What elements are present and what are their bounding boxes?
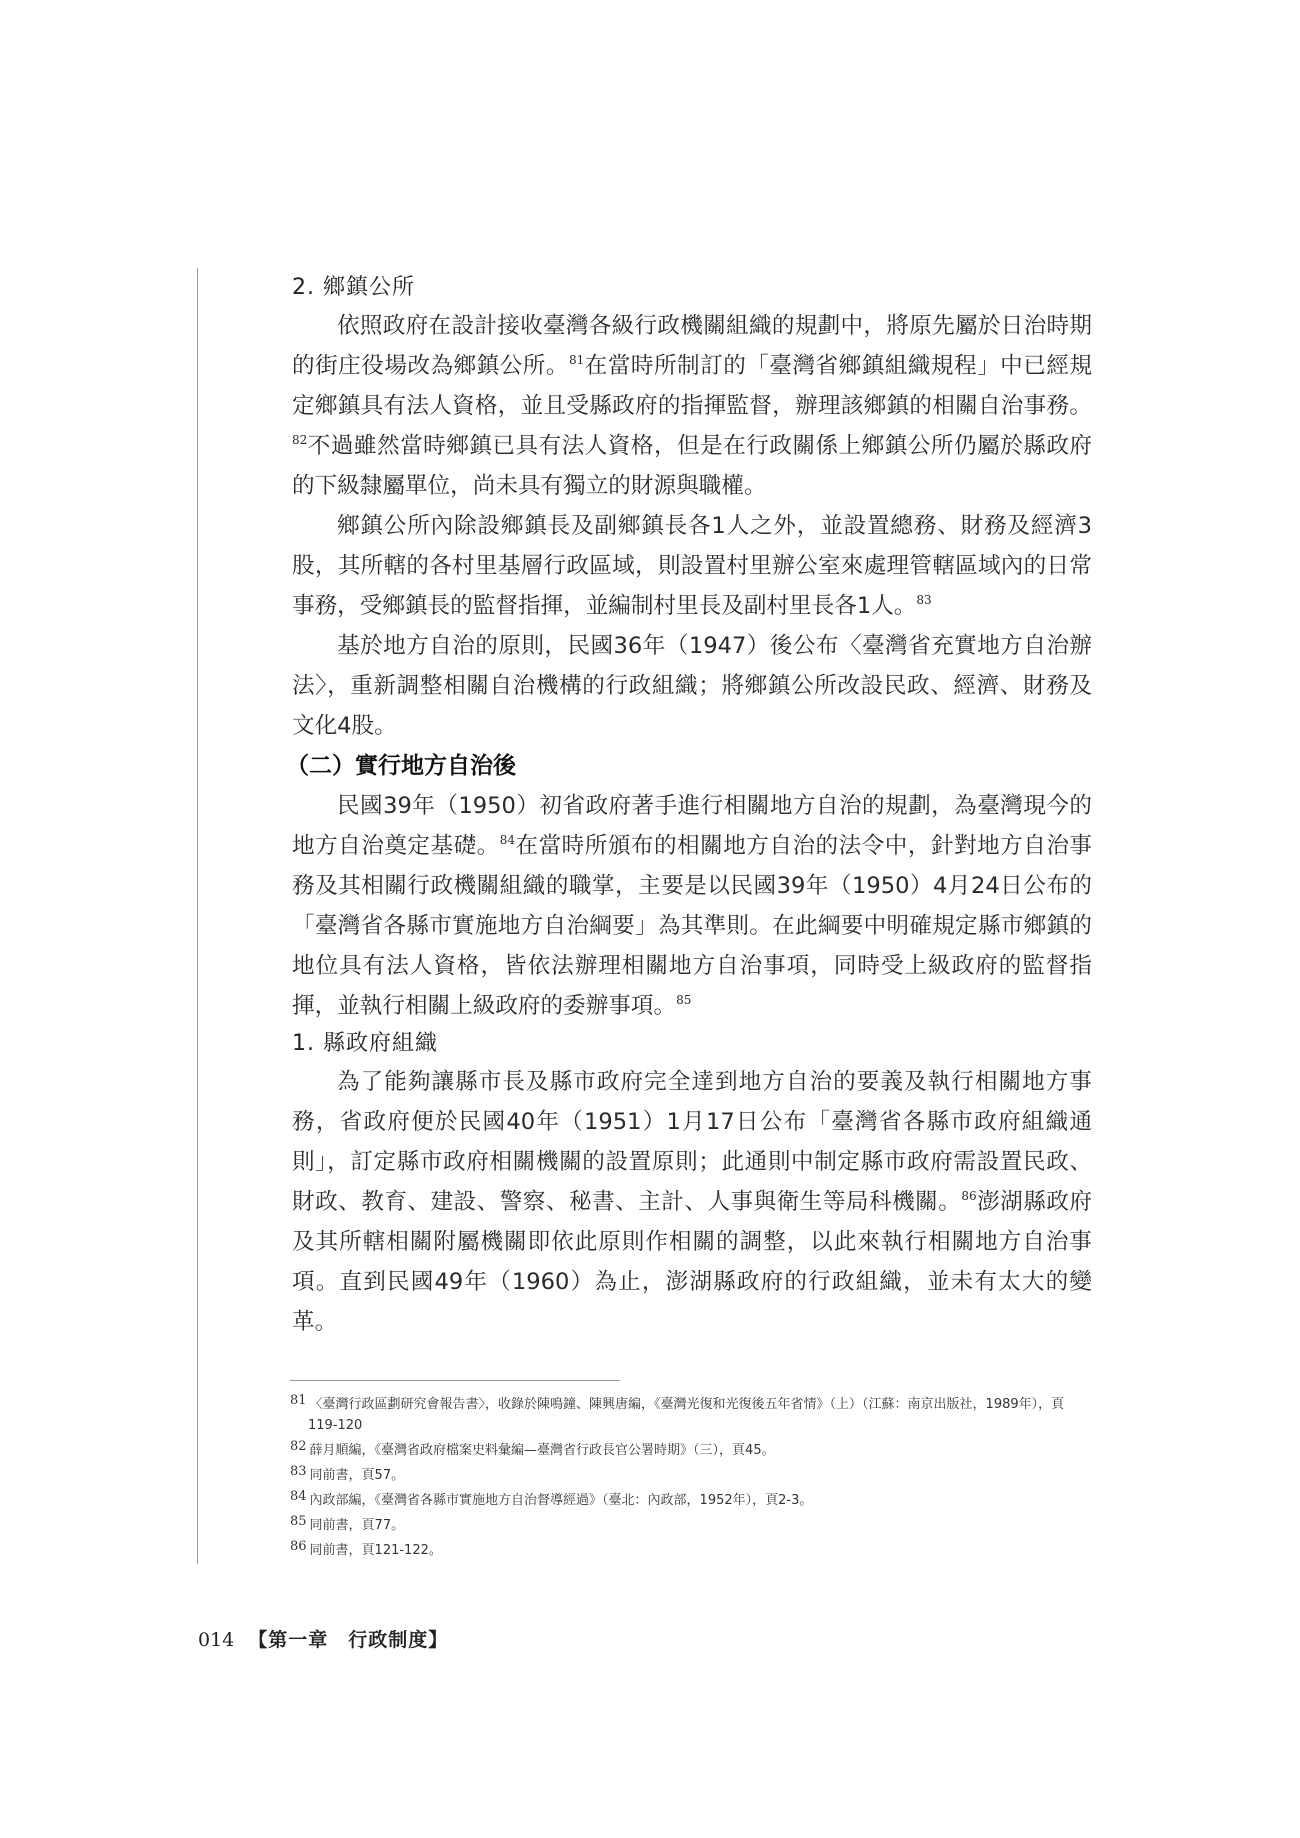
footnote: 83同前書，頁57。 bbox=[290, 1461, 1090, 1486]
body-text: 2. 鄉鎮公所依照政府在設計接收臺灣各級行政機關組織的規劃中，將原先屬於日治時期… bbox=[292, 270, 1092, 1342]
footnote-ref: 84 bbox=[500, 833, 515, 847]
footnote-text: 薛月順編，《臺灣省政府檔案史料彙編—臺灣省行政長官公署時期》（三），頁45。 bbox=[310, 1443, 775, 1458]
footnote: 85同前書，頁77。 bbox=[290, 1511, 1090, 1536]
chapter-title: 【第一章 行政制度】 bbox=[248, 1629, 448, 1651]
subheading: 2. 鄉鎮公所 bbox=[292, 270, 1092, 306]
paragraph: 鄉鎮公所內除設鄉鎮長及副鄉鎮長各1人之外，並設置總務、財務及經濟3股，其所轄的各… bbox=[292, 506, 1092, 626]
page-number: 014 bbox=[198, 1629, 234, 1651]
footnote-number: 85 bbox=[290, 1511, 307, 1532]
footnote-number: 81 bbox=[290, 1390, 307, 1411]
footnote-divider bbox=[290, 1380, 620, 1381]
paragraph: 依照政府在設計接收臺灣各級行政機關組織的規劃中，將原先屬於日治時期的街庄役場改為… bbox=[292, 306, 1092, 506]
footnote-number: 86 bbox=[290, 1536, 307, 1557]
footnote-text: 同前書，頁121-122。 bbox=[310, 1543, 442, 1558]
page-footer: 014【第一章 行政制度】 bbox=[198, 1625, 448, 1652]
footnote-text: 同前書，頁77。 bbox=[310, 1518, 405, 1533]
footnote: 81〈臺灣行政區劃研究會報告書〉，收錄於陳鳴鐘、陳興唐編，《臺灣光復和光復後五年… bbox=[290, 1390, 1090, 1436]
footnotes: 81〈臺灣行政區劃研究會報告書〉，收錄於陳鳴鐘、陳興唐編，《臺灣光復和光復後五年… bbox=[290, 1390, 1090, 1561]
margin-rule bbox=[197, 268, 198, 1564]
footnote-text: 內政部編，《臺灣省各縣市實施地方自治督導經過》（臺北：內政部，1952年），頁2… bbox=[310, 1493, 813, 1508]
footnote-ref: 86 bbox=[961, 1189, 976, 1203]
footnote-number: 84 bbox=[290, 1486, 307, 1507]
footnote-text: 〈臺灣行政區劃研究會報告書〉，收錄於陳鳴鐘、陳興唐編，《臺灣光復和光復後五年省情… bbox=[308, 1397, 1064, 1433]
footnote-text: 同前書，頁57。 bbox=[310, 1468, 405, 1483]
footnote-number: 82 bbox=[290, 1436, 307, 1457]
paragraph: 基於地方自治的原則，民國36年（1947）後公布〈臺灣省充實地方自治辦法〉，重新… bbox=[292, 626, 1092, 746]
section-heading: （二）實行地方自治後 bbox=[286, 746, 1092, 786]
footnote: 84內政部編，《臺灣省各縣市實施地方自治督導經過》（臺北：內政部，1952年），… bbox=[290, 1486, 1090, 1511]
footnote: 86同前書，頁121-122。 bbox=[290, 1536, 1090, 1561]
paragraph: 民國39年（1950）初省政府著手進行相關地方自治的規劃，為臺灣現今的地方自治奠… bbox=[292, 786, 1092, 1026]
footnote-ref: 85 bbox=[676, 993, 691, 1007]
footnote-ref: 82 bbox=[292, 433, 307, 447]
footnote-number: 83 bbox=[290, 1461, 307, 1482]
subheading: 1. 縣政府組織 bbox=[292, 1026, 1092, 1062]
footnote-ref: 81 bbox=[569, 353, 584, 367]
footnote-ref: 83 bbox=[916, 593, 931, 607]
document-page: 2. 鄉鎮公所依照政府在設計接收臺灣各級行政機關組織的規劃中，將原先屬於日治時期… bbox=[0, 0, 1300, 1838]
footnote: 82薛月順編，《臺灣省政府檔案史料彙編—臺灣省行政長官公署時期》（三），頁45。 bbox=[290, 1436, 1090, 1461]
paragraph: 為了能夠讓縣市長及縣市政府完全達到地方自治的要義及執行相關地方事務，省政府便於民… bbox=[292, 1062, 1092, 1342]
